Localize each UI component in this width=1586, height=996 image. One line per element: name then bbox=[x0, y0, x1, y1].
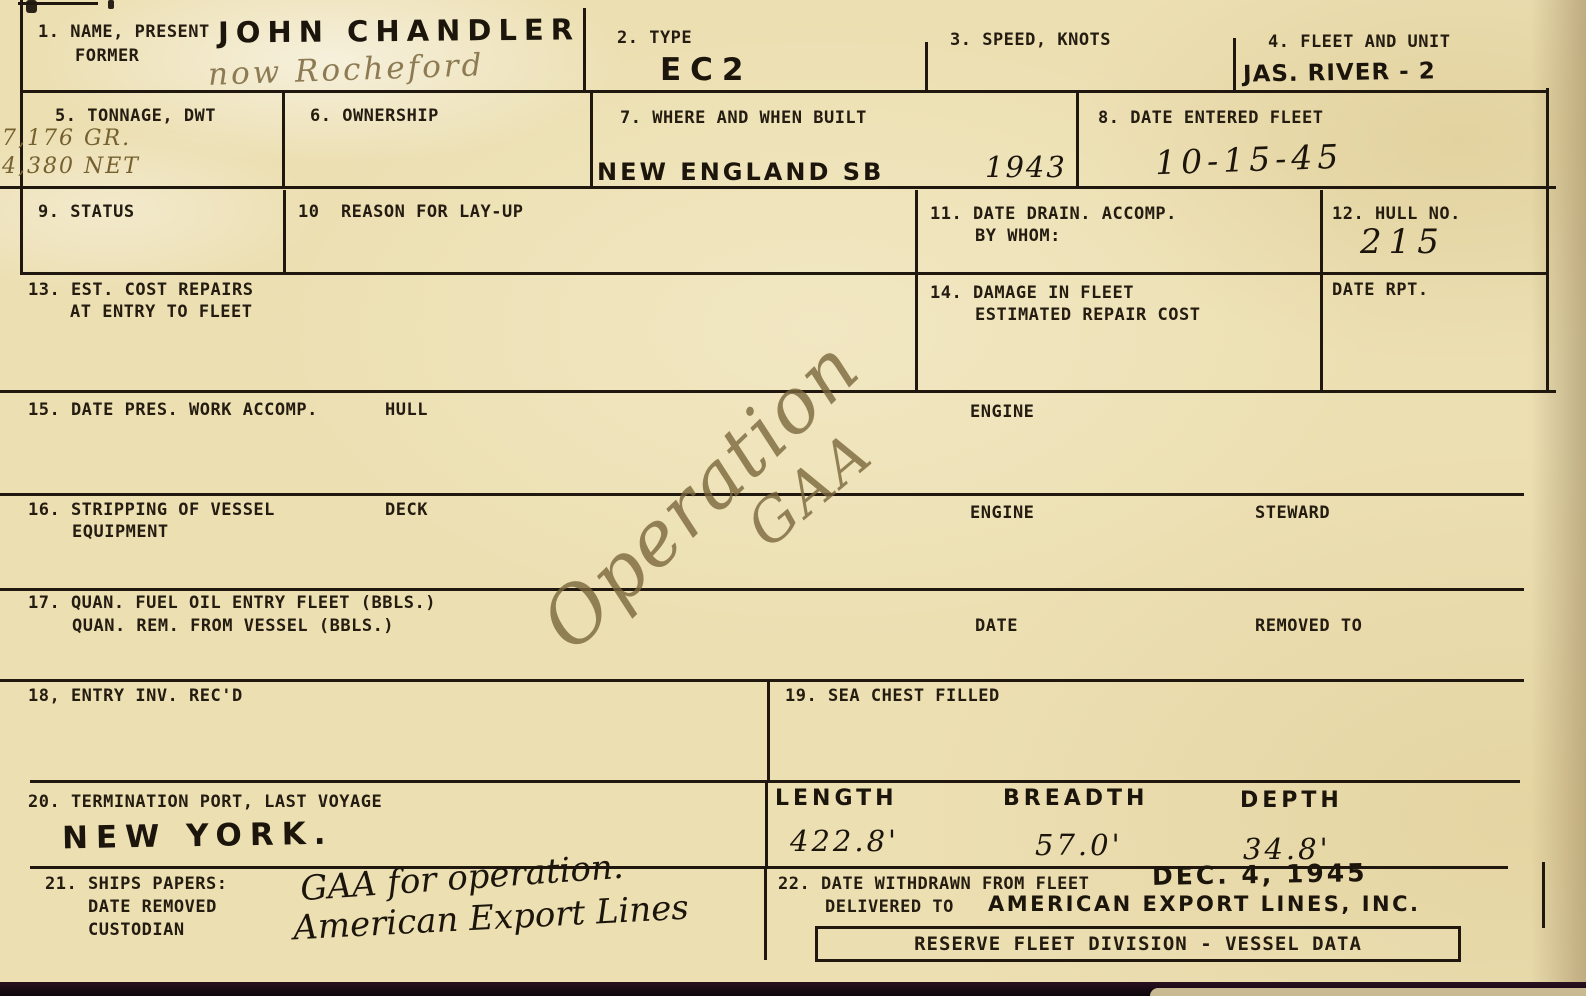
field21-label-line1: 21. SHIPS PAPERS: bbox=[45, 874, 228, 895]
field11-label-line2: BY WHOM: bbox=[975, 226, 1061, 247]
depth-label: DEPTH bbox=[1240, 788, 1343, 813]
field15-hull-label: HULL bbox=[385, 400, 428, 421]
field18-label: 18, ENTRY INV. REC'D bbox=[28, 686, 243, 707]
grid-line bbox=[764, 868, 767, 960]
field16-deck-label: DECK bbox=[385, 500, 428, 521]
grid-line bbox=[283, 190, 286, 272]
field7-value-where: NEW ENGLAND SB bbox=[597, 158, 884, 186]
field2-label: 2. TYPE bbox=[617, 28, 692, 49]
card-title: RESERVE FLEET DIVISION - VESSEL DATA bbox=[815, 926, 1461, 962]
grid-line bbox=[915, 190, 918, 390]
grid-line bbox=[583, 8, 586, 92]
field10-label: 10 REASON FOR LAY-UP bbox=[298, 202, 523, 223]
field20-label: 20. TERMINATION PORT, LAST VOYAGE bbox=[28, 792, 382, 813]
field1-value-present: JOHN CHANDLER bbox=[218, 12, 580, 49]
field2-value: EC2 bbox=[660, 52, 753, 88]
field21-label-line3: CUSTODIAN bbox=[88, 920, 185, 941]
field8-value: 10-15-45 bbox=[1154, 137, 1344, 183]
field22-value-date: DEC. 4, 1945 bbox=[1152, 858, 1368, 891]
field6-label: 6. OWNERSHIP bbox=[310, 106, 439, 127]
field19-label: 19. SEA CHEST FILLED bbox=[785, 686, 1000, 707]
grid-line bbox=[1320, 190, 1323, 390]
field17-removed-to-label: REMOVED TO bbox=[1255, 616, 1362, 637]
field11-label-line1: 11. DATE DRAIN. ACCOMP. bbox=[930, 204, 1177, 225]
field20-value: NEW YORK. bbox=[62, 816, 334, 857]
grid-line bbox=[0, 588, 1524, 591]
field13-label-line2: AT ENTRY TO FLEET bbox=[70, 302, 253, 323]
field21-label-line2: DATE REMOVED bbox=[88, 897, 217, 918]
field16-engine-label: ENGINE bbox=[970, 503, 1034, 524]
field1-value-former: now Rocheford bbox=[207, 47, 485, 93]
ink-mark bbox=[108, 0, 114, 9]
field16-label-line1: 16. STRIPPING OF VESSEL bbox=[28, 500, 275, 521]
field3-label: 3. SPEED, KNOTS bbox=[950, 30, 1111, 51]
field5-label: 5. TONNAGE, DWT bbox=[55, 106, 216, 127]
field1-label: 1. NAME, PRESENT bbox=[38, 22, 210, 43]
date-rpt-label: DATE RPT. bbox=[1332, 280, 1429, 301]
vessel-data-card: 1. NAME, PRESENT JOHN CHANDLER FORMER no… bbox=[0, 0, 1586, 996]
grid-line bbox=[1546, 88, 1549, 392]
field12-value: 215 bbox=[1360, 222, 1446, 262]
grid-line bbox=[767, 681, 770, 781]
field16-steward-label: STEWARD bbox=[1255, 503, 1330, 524]
field22-label-line2: DELIVERED TO bbox=[825, 897, 954, 918]
grid-line bbox=[1233, 38, 1236, 92]
field1-former-label: FORMER bbox=[75, 46, 139, 67]
grid-line bbox=[1076, 92, 1079, 188]
breadth-value: 57.0' bbox=[1035, 828, 1123, 862]
length-label: LENGTH bbox=[775, 786, 898, 811]
grid-line bbox=[0, 679, 1524, 682]
grid-line bbox=[0, 186, 1556, 189]
field5-value-gross: 7,176 GR. bbox=[2, 126, 131, 151]
field22-value-delivered: AMERICAN EXPORT LINES, INC. bbox=[988, 892, 1420, 916]
field9-label: 9. STATUS bbox=[38, 202, 135, 223]
length-value: 422.8' bbox=[790, 824, 899, 858]
grid-line bbox=[1542, 862, 1545, 928]
field16-label-line2: EQUIPMENT bbox=[72, 522, 169, 543]
under-card-edge bbox=[1150, 988, 1586, 996]
field4-label: 4. FLEET AND UNIT bbox=[1268, 32, 1451, 53]
field14-label-line1: 14. DAMAGE IN FLEET bbox=[930, 283, 1134, 304]
field15-label: 15. DATE PRES. WORK ACCOMP. bbox=[28, 400, 318, 421]
grid-line bbox=[18, 2, 98, 5]
field13-label-line1: 13. EST. COST REPAIRS bbox=[28, 280, 253, 301]
field17-date-label: DATE bbox=[975, 616, 1018, 637]
field5-value-net: 4,380 NET bbox=[2, 154, 140, 179]
field17-label-line1: 17. QUAN. FUEL OIL ENTRY FLEET (BBLS.) bbox=[28, 593, 436, 614]
field7-value-when: 1943 bbox=[985, 150, 1067, 184]
field17-label-line2: QUAN. REM. FROM VESSEL (BBLS.) bbox=[72, 616, 394, 637]
field7-label: 7. WHERE AND WHEN BUILT bbox=[620, 108, 867, 129]
breadth-label: BREADTH bbox=[1003, 786, 1148, 811]
field4-value: JAS. RIVER - 2 bbox=[1243, 58, 1436, 87]
grid-line bbox=[765, 782, 768, 868]
grid-line bbox=[30, 780, 1520, 783]
field15-engine-label: ENGINE bbox=[970, 402, 1034, 423]
grid-line bbox=[20, 272, 1548, 275]
grid-line bbox=[925, 42, 928, 92]
grid-line bbox=[590, 92, 593, 188]
field8-label: 8. DATE ENTERED FLEET bbox=[1098, 108, 1323, 129]
field14-label-line2: ESTIMATED REPAIR COST bbox=[975, 305, 1200, 326]
grid-line bbox=[282, 92, 285, 188]
